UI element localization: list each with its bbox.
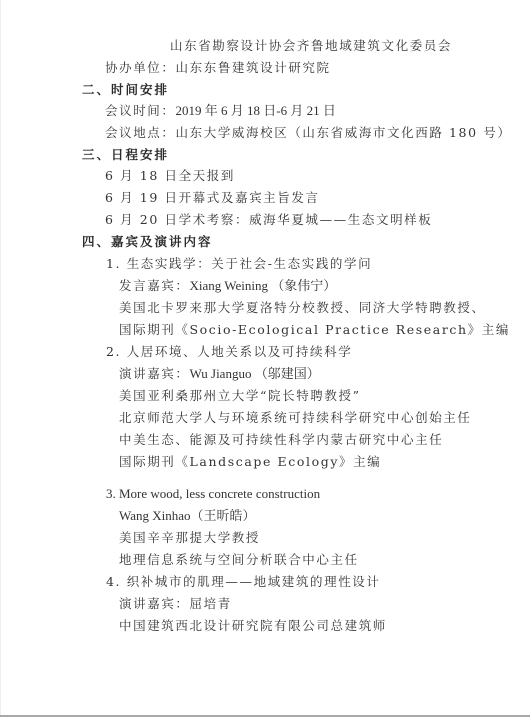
page-left-edge [0,0,1,717]
talk-title: 3. More wood, less concrete construction [106,486,320,502]
talk-speaker-line: 发言嘉宾：Xiang Weining （象伟宁） [119,278,336,294]
speaker-name: Xiang Weining （象伟宁） [190,278,337,293]
section-title: 时间安排 [111,82,169,97]
section-number: 四、 [82,234,111,249]
speaker-label: 演讲嘉宾： [119,596,190,611]
talk-speaker-line: 演讲嘉宾：Wu Jianguo （邬建国） [119,366,320,382]
speaker-label: 演讲嘉宾： [119,366,190,381]
talk-title: 4. 织补城市的肌理——地域建筑的理性设计 [106,574,381,590]
meeting-venue-value: 山东大学威海校区（山东省威海市文化西路 180 号） [176,125,512,140]
speaker-detail: 国际期刊《Socio-Ecological Practice Research》… [119,322,510,338]
section-number: 二、 [82,82,111,97]
talk-title: 1. 生态实践学：关于社会-生态实践的学问 [106,256,372,272]
speaker-detail: 中国建筑西北设计研究院有限公司总建筑师 [119,618,387,634]
section-heading-speakers: 四、嘉宾及演讲内容 [82,234,213,250]
meeting-venue-label: 会议地点： [105,125,176,140]
agenda-item: 6 月 18 日全天报到 [105,168,235,184]
talk-speaker-line: 演讲嘉宾：屈培青 [119,596,232,612]
speaker-detail: 中美生态、能源及可持续性科学内蒙古研究中心主任 [119,432,443,448]
speaker-name: Wang Xinhao（王昕皓） [119,508,256,523]
speaker-name: Wu Jianguo （邬建国） [190,366,320,381]
section-heading-agenda: 三、日程安排 [82,147,169,163]
section-title: 日程安排 [111,147,169,162]
speaker-name: 屈培青 [190,596,232,611]
speaker-detail: 国际期刊《Landscape Ecology》主编 [119,454,381,470]
co-organizer-line: 协办单位：山东东鲁建筑设计研究院 [105,60,331,76]
speaker-detail: 美国辛辛那提大学教授 [119,530,260,546]
talk-title: 2. 人居环境、人地关系以及可持续科学 [106,344,352,360]
section-heading-schedule-time: 二、时间安排 [82,82,169,98]
speaker-label: 发言嘉宾： [119,278,190,293]
talk-speaker-line: Wang Xinhao（王昕皓） [119,508,256,524]
organizer-continued: 山东省勘察设计协会齐鲁地域建筑文化委员会 [170,38,452,54]
speaker-detail: 美国北卡罗来那大学夏洛特分校教授、同济大学特聘教授、 [119,300,486,316]
speaker-detail: 北京师范大学人与环境系统可持续科学研究中心创始主任 [119,410,472,426]
agenda-item: 6 月 20 日学术考察：威海华夏城——生态文明样板 [105,212,432,228]
meeting-time-value: 2019 年 6 月 18 日-6 月 21 日 [176,103,336,118]
co-organizer-value: 山东东鲁建筑设计研究院 [176,60,331,75]
speaker-detail: 美国亚利桑那州立大学“院长特聘教授” [119,388,361,404]
agenda-item: 6 月 19 日开幕式及嘉宾主旨发言 [105,190,320,206]
meeting-time-label: 会议时间： [105,103,176,118]
section-number: 三、 [82,147,111,162]
co-organizer-label: 协办单位： [105,60,176,75]
meeting-venue-line: 会议地点：山东大学威海校区（山东省威海市文化西路 180 号） [105,125,511,141]
meeting-time-line: 会议时间：2019 年 6 月 18 日-6 月 21 日 [105,103,336,119]
speaker-detail: 地理信息系统与空间分析联合中心主任 [119,552,359,568]
section-title: 嘉宾及演讲内容 [111,234,213,249]
